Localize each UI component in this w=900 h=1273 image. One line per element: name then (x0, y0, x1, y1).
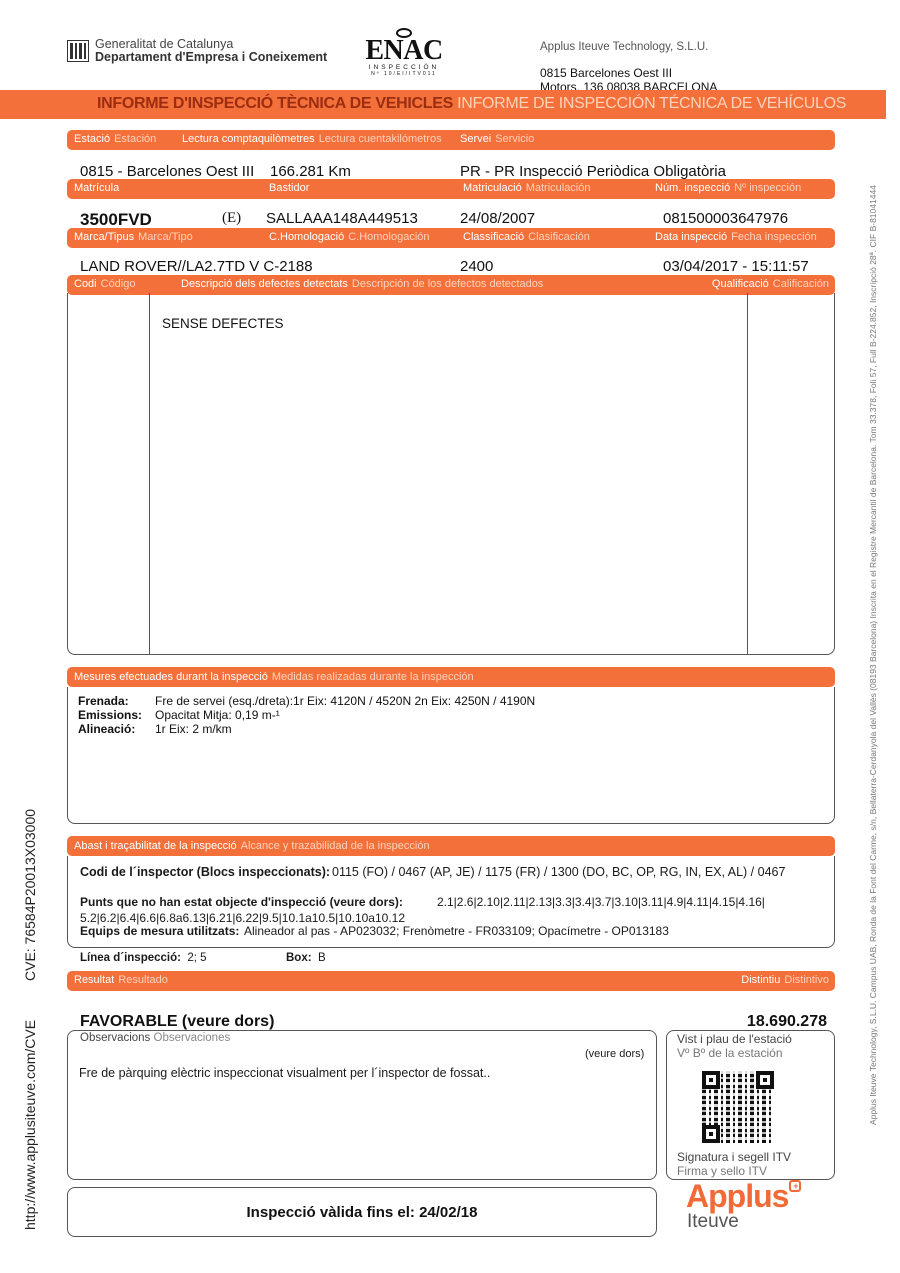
vehicle-id-header-bar: Matrícula Bastidor MatriculacióMatricula… (67, 179, 835, 199)
make-type-value: LAND ROVER//LA2.7TD V C-2188 (80, 258, 313, 275)
validity-text: Inspecció vàlida fins el: 24/02/18 (247, 1204, 478, 1221)
observations-see-back: (veure dors) (585, 1048, 644, 1060)
legal-registration-text: Applus Iteuve Technology, S.L.U. Campus … (868, 185, 878, 1125)
enac-logo: ENAC INSPECCIÓN Nº 10/EI/ITV011 (360, 28, 448, 77)
equipment-value: Alineador al pas - AP023032; Frenòmetre … (244, 924, 669, 938)
odometer-value: 166.281 Km (270, 163, 351, 180)
stamp-signature: Signatura i segell ITV Firma y sello ITV (677, 1150, 791, 1178)
qr-code-icon (702, 1071, 774, 1143)
vin-value: SALLAAA148A449513 (266, 210, 418, 227)
observations-text: Fre de pàrquing elèctric inspeccionat vi… (79, 1066, 490, 1080)
department-name: Departament d'Empresa i Coneixement (95, 51, 327, 64)
measurements-header-bar: Mesures efectuades durant la inspeccióMe… (67, 667, 835, 687)
inspection-line: Línea d´inspecció: 2; 5 (80, 952, 207, 964)
not-inspected-line1: 2.1|2.6|2.10|2.11|2.13|3.3|3.4|3.7|3.10|… (437, 895, 765, 909)
measurement-alignment: Alineació:1r Eix: 2 m/km (78, 722, 535, 736)
inspection-number-value: 081500003647976 (663, 210, 788, 227)
equipment-label: Equips de mesura utilitzats: (80, 924, 239, 938)
inspector-label: Codi de l´inspector (Blocs inspeccionats… (80, 865, 330, 879)
gencat-logo-icon (67, 40, 89, 62)
defects-divider (149, 293, 150, 655)
report-title: INFORME D'INSPECCIÓ TÈCNICA DE VEHICLES … (97, 95, 846, 113)
measurement-emissions: Emissions: Opacitat Mitja: 0,19 m-¹ (78, 708, 535, 722)
measurements-list: Frenada:Fre de servei (esq./dreta):1r Ei… (78, 694, 535, 736)
plate-value: 3500FVD (80, 210, 152, 230)
registration-date-value: 24/08/2007 (460, 210, 535, 227)
measurement-braking: Frenada:Fre de servei (esq./dreta):1r Ei… (78, 694, 535, 708)
inspection-date-value: 03/04/2017 - 15:11:57 (663, 258, 809, 275)
validity-box: Inspecció vàlida fins el: 24/02/18 (67, 1187, 657, 1237)
gencat-header: Generalitat de Catalunya Departament d'E… (67, 38, 327, 64)
station-header-bar: EstacióEstación Lectura comptaquilòmetre… (67, 130, 835, 150)
defect-description: SENSE DEFECTES (162, 316, 284, 331)
service-value: PR - PR Inspecció Periòdica Obligatòria (460, 163, 726, 180)
plus-icon: + (789, 1180, 801, 1192)
badge-number: 18.690.278 (747, 1013, 827, 1031)
observations-label: Observacions Observaciones (80, 1032, 230, 1044)
defects-header-bar: CodiCódigo Descripció dels defectes dete… (67, 275, 835, 295)
station-value: 0815 - Barcelones Oest III (80, 163, 254, 180)
applus-logo: Applus+ Iteuve (686, 1180, 801, 1232)
defects-divider (747, 293, 748, 655)
cve-verification-text: http://www.applusiteuve.com/CVE CVE: 765… (22, 809, 38, 1230)
vehicle-type-header-bar: Marca/TipusMarca/Tipo C.HomologacióC.Hom… (67, 228, 835, 248)
not-inspected-label: Punts que no han estat objecte d'inspecc… (80, 895, 403, 909)
result-value: FAVORABLE (veure dors) (80, 1013, 274, 1031)
not-inspected-line2: 5.2|6.2|6.4|6.6|6.8a6.13|6.21|6.22|9.5|1… (80, 911, 405, 925)
observations-box (67, 1030, 657, 1180)
inspection-box: Box: B (286, 952, 326, 964)
stamp-title: Vist i plau de l'estació Vº Bº de la est… (677, 1032, 792, 1060)
classification-value: 2400 (460, 258, 493, 275)
plate-country: (E) (222, 210, 241, 227)
traceability-header-bar: Abast i traçabilitat de la inspeccióAlca… (67, 836, 835, 856)
company-name: Applus Iteuve Technology, S.L.U. (540, 41, 708, 53)
result-header-bar: ResultatResultado DistintiuDistintivo (67, 971, 835, 991)
defects-table (67, 293, 835, 655)
inspector-value: 0115 (FO) / 0467 (AP, JE) / 1175 (FR) / … (332, 865, 785, 879)
